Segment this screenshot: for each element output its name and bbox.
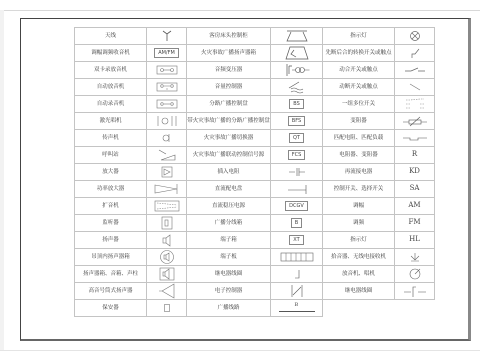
legend-name: 功率放大器 bbox=[75, 181, 147, 198]
drawing-frame: 天线 客房床头控制柜 指示灯 调幅调频收音机 AM/FM 火灾事故广播扬声器箱 … bbox=[20, 18, 471, 341]
symbol-code: BS bbox=[289, 99, 304, 109]
legend-name: 控制开关、选择开关 bbox=[323, 181, 395, 198]
legend-name: 呼叫站 bbox=[75, 147, 147, 164]
table-row: 监听器 广播分线箱 B 调频 FM bbox=[75, 215, 435, 232]
legend-name: 传声机 bbox=[75, 130, 147, 147]
fire-speaker-icon bbox=[271, 45, 323, 62]
legend-name: 音频变压器 bbox=[187, 62, 271, 79]
relay-code: KD bbox=[395, 164, 435, 181]
legend-name: 分路广播控制盘 bbox=[187, 96, 271, 113]
legend-name: 变阻器 bbox=[323, 113, 395, 130]
legend-name: 调幅 bbox=[323, 198, 395, 215]
fire-broadcast-switch-icon: QT bbox=[271, 130, 323, 147]
legend-name: 拾音器、无线电接收机 bbox=[323, 249, 395, 266]
legend-name: 音量控制器 bbox=[187, 79, 271, 96]
table-row: 激光唱机 带火灾事故广播的分路广播控制盘 BFS 变阻器 bbox=[75, 113, 435, 130]
legend-name: 吊顶内扬声器箱 bbox=[75, 249, 147, 266]
legend-name: 指示灯 bbox=[323, 232, 395, 249]
page-bottom-border bbox=[0, 350, 480, 351]
legend-name: 扬声器 bbox=[75, 232, 147, 249]
electronic-controller-icon bbox=[271, 283, 323, 300]
auto-player-icon bbox=[147, 79, 187, 96]
legend-name: 先断后合的转换开关或触点 bbox=[323, 45, 395, 62]
table-row: 功率放大器 直流配电盘 控制开关、选择开关 SA bbox=[75, 181, 435, 198]
table-row: 高音号筒式扬声器 电子控制器 继电器线圈 bbox=[75, 283, 435, 300]
symbol-code: B bbox=[291, 218, 302, 228]
table-row: 双卡录放音机 音频变压器 动合开关或触点 bbox=[75, 62, 435, 79]
table-row: 吊顶内扬声器箱 端子板 拾音器、无线电接收机 bbox=[75, 249, 435, 266]
legend-name: 保安器 bbox=[75, 300, 147, 317]
legend-name: 自动录音机 bbox=[75, 96, 147, 113]
legend-name: 端子箱 bbox=[187, 232, 271, 249]
microphone-icon bbox=[147, 130, 187, 147]
legend-name: 客房床头控制柜 bbox=[187, 28, 271, 45]
branch-control-panel-icon: BS bbox=[271, 96, 323, 113]
legend-name: 火灾事故广播切换器 bbox=[187, 130, 271, 147]
auto-recorder-icon bbox=[147, 96, 187, 113]
legend-name: 广播线路 bbox=[187, 300, 271, 317]
protector-icon bbox=[147, 300, 187, 317]
legend-name: 直流配电盘 bbox=[187, 181, 271, 198]
legend-name: 动合开关或触点 bbox=[323, 62, 395, 79]
hl-code: HL bbox=[395, 232, 435, 249]
relay-coil-2-icon bbox=[395, 283, 435, 300]
symbol-code: XT bbox=[289, 235, 303, 245]
table-row: 传声机 火灾事故广播切换器 QT 匹配电阻、匹配负载 bbox=[75, 130, 435, 147]
legend-name: 火灾事故广播联动控制信号源 bbox=[187, 147, 271, 164]
legend-name: 调频 bbox=[323, 215, 395, 232]
legend-name: 高音号筒式扬声器 bbox=[75, 283, 147, 300]
am-code: AM bbox=[395, 198, 435, 215]
table-row: 放大器 插入电阻 再流接电器 KD bbox=[75, 164, 435, 181]
indicator-lamp-icon bbox=[395, 28, 435, 45]
symbol-code: FCS bbox=[288, 150, 306, 160]
empty-cell bbox=[395, 300, 435, 317]
nc-contact-icon bbox=[395, 79, 435, 96]
empty-cell bbox=[323, 300, 395, 317]
pa-amplifier-icon bbox=[147, 198, 187, 215]
legend-name: 继电器线圈 bbox=[323, 283, 395, 300]
table-row: 保安器 广播线路 B bbox=[75, 300, 435, 317]
legend-name: 端子板 bbox=[187, 249, 271, 266]
no-contact-icon bbox=[395, 62, 435, 79]
dc-regulated-supply-icon: DCGV bbox=[271, 198, 323, 215]
legend-name: 监听器 bbox=[75, 215, 147, 232]
insert-resistor-icon bbox=[271, 164, 323, 181]
legend-name: 直流稳压电源 bbox=[187, 198, 271, 215]
amplifier-icon bbox=[147, 164, 187, 181]
legend-name: 再流接电器 bbox=[323, 164, 395, 181]
table-row: 扩音机 直流稳压电源 DCGV 调幅 AM bbox=[75, 198, 435, 215]
dc-panel-icon bbox=[271, 181, 323, 198]
ceiling-speaker-icon bbox=[147, 249, 187, 266]
multi-switch-icon bbox=[395, 96, 435, 113]
legend-name: 广播分线箱 bbox=[187, 215, 271, 232]
fire-branch-control-panel-icon: BFS bbox=[271, 113, 323, 130]
speaker-box-icon bbox=[147, 266, 187, 283]
table-row: 调幅调频收音机 AM/FM 火灾事故广播扬声器箱 先断后合的转换开关或触点 bbox=[75, 45, 435, 62]
cd-player-icon bbox=[147, 113, 187, 130]
legend-name: 激光唱机 bbox=[75, 113, 147, 130]
fire-linkage-signal-icon: FCS bbox=[271, 147, 323, 164]
broadcast-junction-box-icon: B bbox=[271, 215, 323, 232]
legend-name: 扬声器箱、音箱、声柱 bbox=[75, 266, 147, 283]
legend-name: 带火灾事故广播的分路广播控制盘 bbox=[187, 113, 271, 130]
page-top-border bbox=[0, 10, 480, 11]
table-row: 扬声器箱、音箱、声柱 继电器线圈 放音机、唱机 bbox=[75, 266, 435, 283]
bedside-panel-icon bbox=[271, 28, 323, 45]
symbol-code: BFS bbox=[288, 116, 305, 126]
audio-transformer-icon bbox=[271, 62, 323, 79]
table-row: 扬声器 端子箱 XT 指示灯 HL bbox=[75, 232, 435, 249]
symbol-code: DCGV bbox=[285, 201, 308, 211]
legend-name: 电子控制器 bbox=[187, 283, 271, 300]
player-icon bbox=[395, 266, 435, 283]
legend-table: 天线 客房床头控制柜 指示灯 调幅调频收音机 AM/FM 火灾事故广播扬声器箱 … bbox=[74, 27, 435, 317]
legend-name: 调幅调频收音机 bbox=[75, 45, 147, 62]
legend-name: 自动放音机 bbox=[75, 79, 147, 96]
legend-name: 继电器线圈 bbox=[187, 266, 271, 283]
volume-control-icon bbox=[271, 79, 323, 96]
speaker-icon bbox=[147, 232, 187, 249]
table-row: 天线 客房床头控制柜 指示灯 bbox=[75, 28, 435, 45]
legend-name: 指示灯 bbox=[323, 28, 395, 45]
resistor-code: R bbox=[395, 147, 435, 164]
legend-name: 火灾事故广播扬声器箱 bbox=[187, 45, 271, 62]
table-row: 自动放音机 音量控制器 动断开关或触点 bbox=[75, 79, 435, 96]
legend-name: 插入电阻 bbox=[187, 164, 271, 181]
receiver-icon bbox=[395, 249, 435, 266]
monitor-speaker-icon bbox=[147, 215, 187, 232]
matching-load-icon bbox=[395, 130, 435, 147]
terminal-box-icon: XT bbox=[271, 232, 323, 249]
selector-switch-code: SA bbox=[395, 181, 435, 198]
legend-name: 放音机、唱机 bbox=[323, 266, 395, 283]
legend-name: 双卡录放音机 bbox=[75, 62, 147, 79]
legend-name: 动断开关或触点 bbox=[323, 79, 395, 96]
broadcast-line-icon: B bbox=[271, 300, 323, 317]
page-left-edge bbox=[0, 10, 4, 350]
terminal-strip-icon bbox=[271, 249, 323, 266]
legend-name: 电阻器、变阻器 bbox=[323, 147, 395, 164]
legend-name: 天线 bbox=[75, 28, 147, 45]
table-row: 呼叫站 火灾事故广播联动控制信号源 FCS 电阻器、变阻器 R bbox=[75, 147, 435, 164]
legend-name: 匹配电阻、匹配负载 bbox=[323, 130, 395, 147]
fm-code: FM bbox=[395, 215, 435, 232]
am-fm-radio-icon: AM/FM bbox=[147, 45, 187, 62]
relay-coil-icon bbox=[271, 266, 323, 283]
symbol-code: QT bbox=[289, 133, 304, 143]
symbol-code: AM/FM bbox=[154, 48, 179, 58]
antenna-icon bbox=[147, 28, 187, 45]
rheostat-icon bbox=[395, 113, 435, 130]
legend-name: 放大器 bbox=[75, 164, 147, 181]
changeover-switch-icon bbox=[395, 45, 435, 62]
power-amplifier-icon bbox=[147, 181, 187, 198]
dual-cassette-icon bbox=[147, 62, 187, 79]
horn-speaker-icon bbox=[147, 283, 187, 300]
legend-name: 扩音机 bbox=[75, 198, 147, 215]
table-row: 自动录音机 分路广播控制盘 BS 一组多位开关 bbox=[75, 96, 435, 113]
call-station-icon bbox=[147, 147, 187, 164]
legend-name: 一组多位开关 bbox=[323, 96, 395, 113]
